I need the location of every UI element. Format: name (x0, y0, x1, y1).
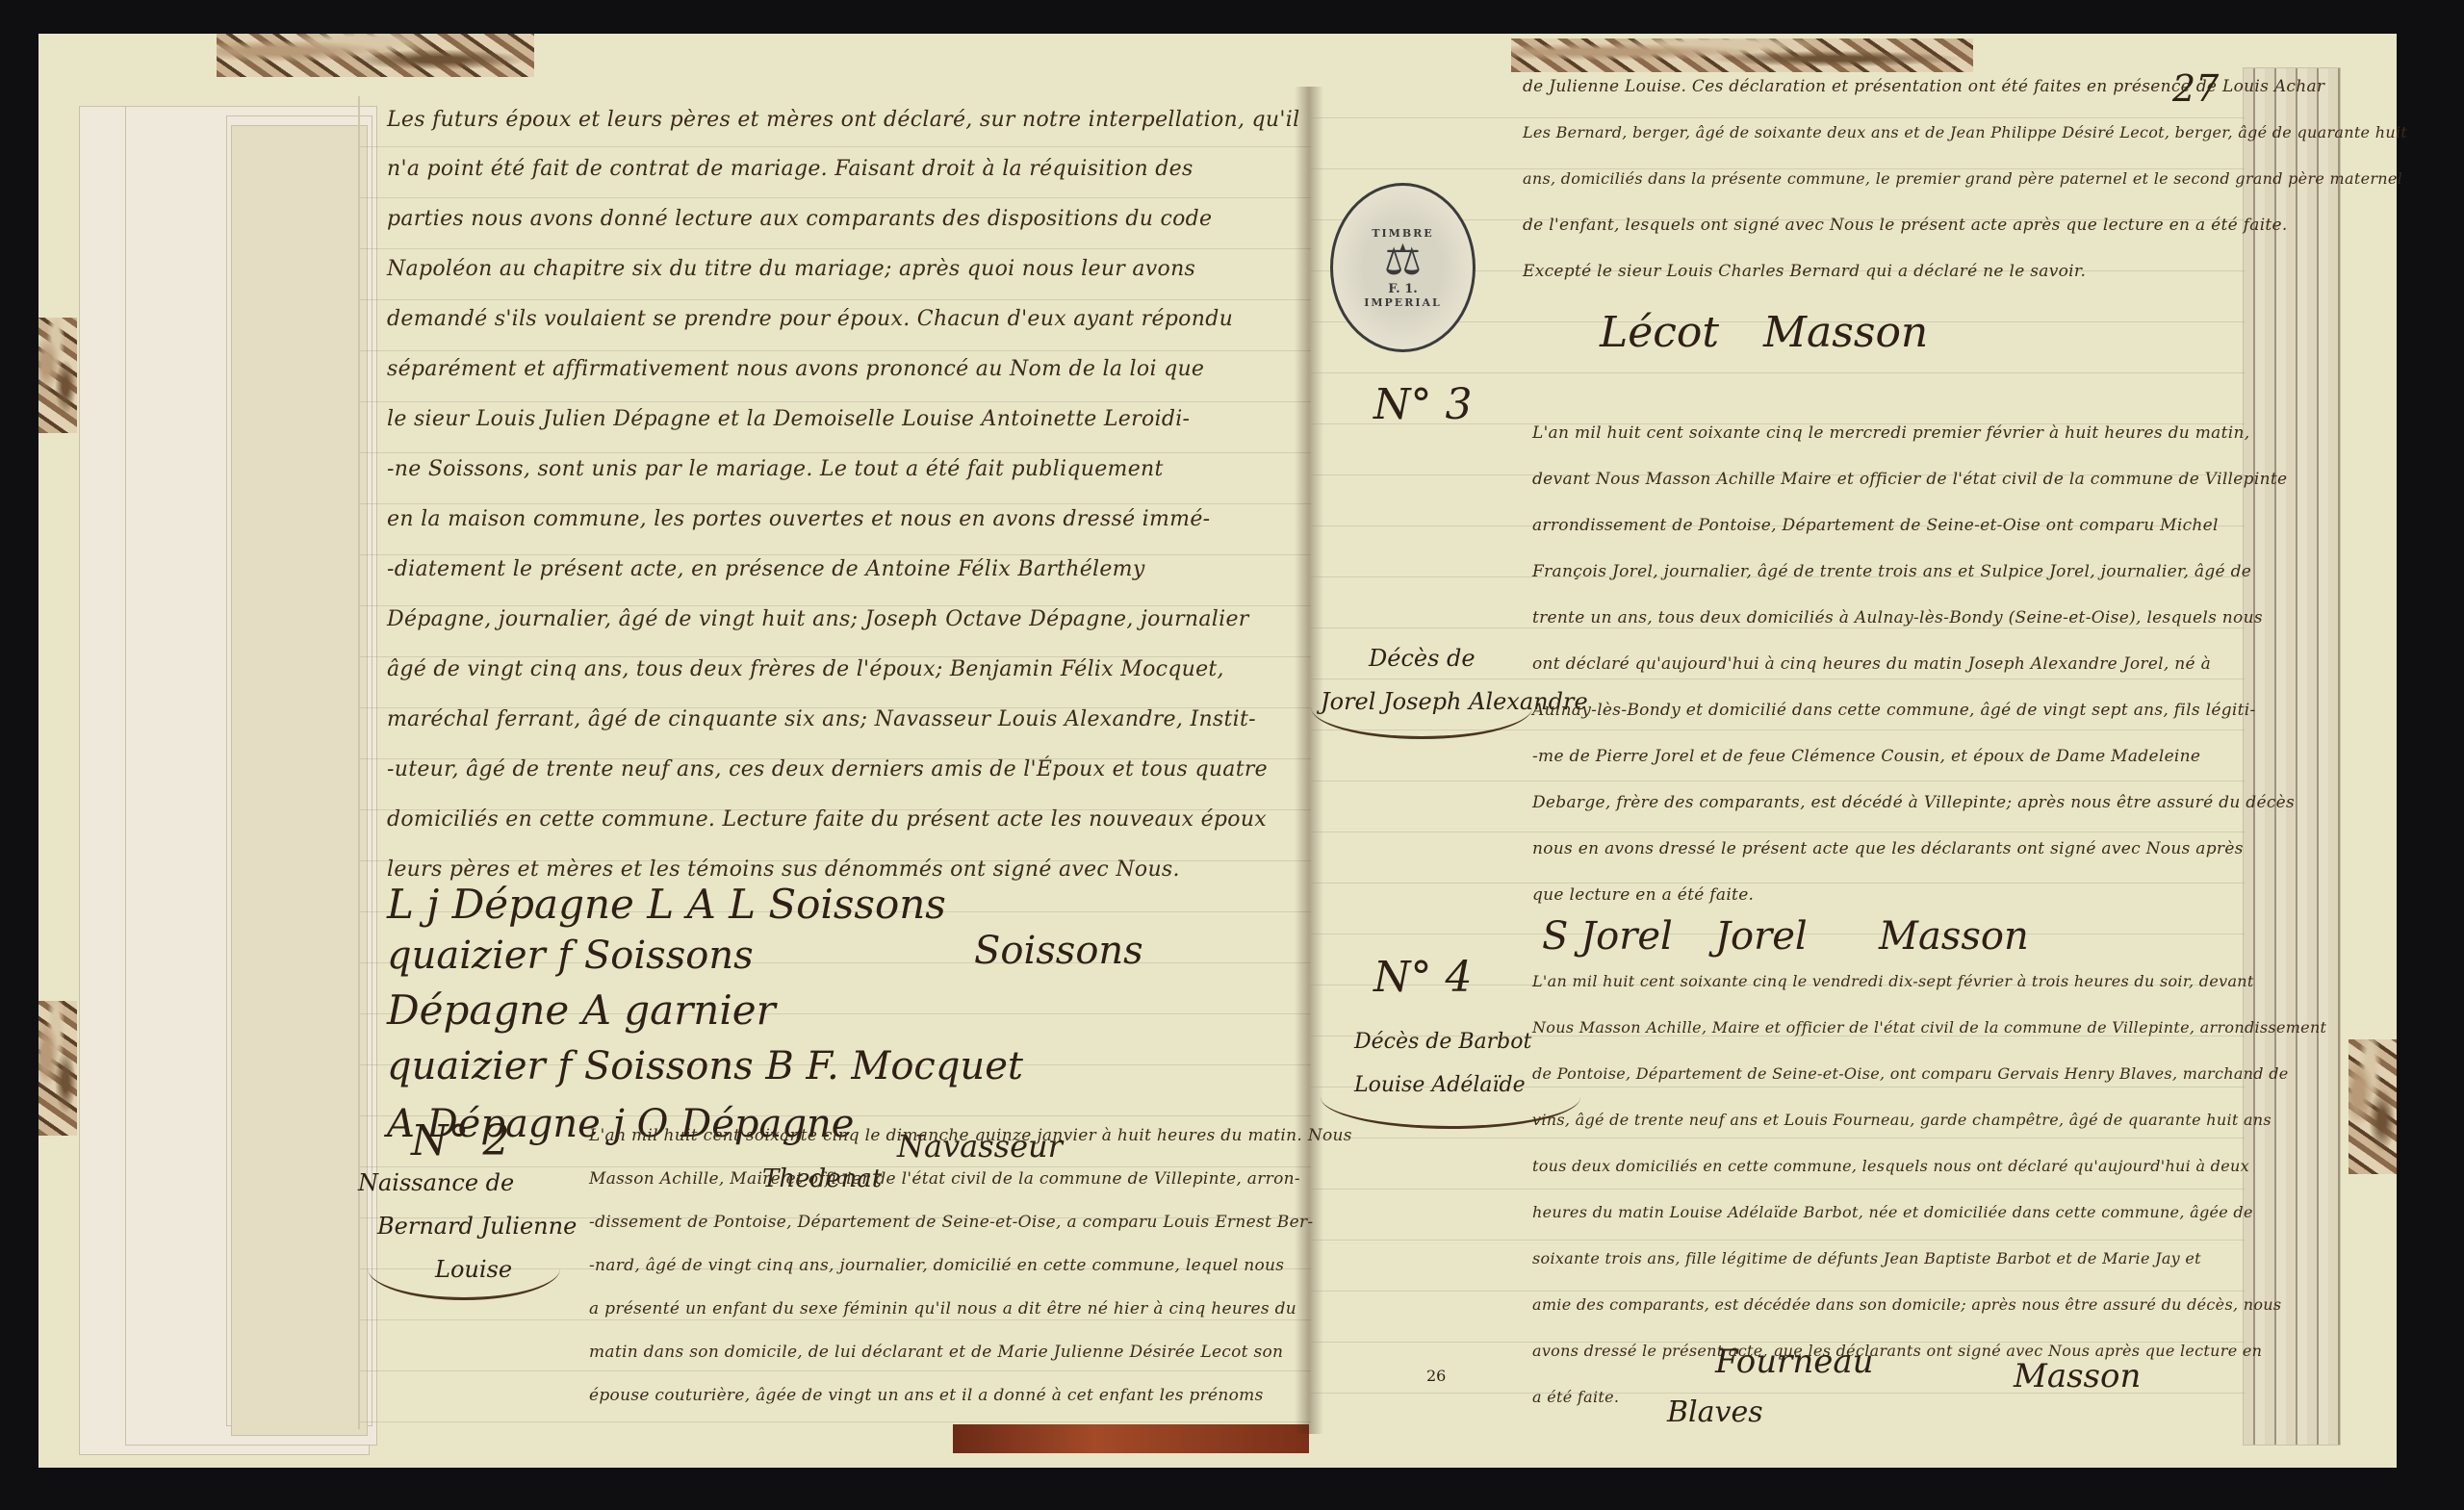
text-line: de l'enfant, lesquels ont signé avec Nou… (1523, 216, 2288, 235)
printed-page-mark: 26 (1426, 1367, 1446, 1385)
text-line: ont déclaré qu'aujourd'hui à cinq heures… (1532, 654, 2211, 674)
stamp-right-text: IMPERIAL (1364, 296, 1442, 309)
text-line: -uteur, âgé de trente neuf ans, ces deux… (387, 757, 1268, 781)
text-line: -nard, âgé de vingt cinq ans, journalier… (589, 1256, 1284, 1275)
entry-margin-title: Décès de Barbot (1354, 1030, 1531, 1054)
imperial-stamp: TIMBRE ⚖ F. 1. IMPERIAL (1330, 183, 1476, 352)
text-line: de Julienne Louise. Ces déclaration et p… (1523, 77, 2324, 96)
signature: Masson (1763, 308, 1928, 357)
text-line: -ne Soissons, sont unis par le mariage. … (387, 457, 1164, 481)
text-line: matin dans son domicile, de lui déclaran… (589, 1343, 1283, 1362)
text-line: Dépagne, journalier, âgé de vingt huit a… (387, 607, 1249, 631)
left-margin-rule (358, 96, 360, 1429)
text-line: épouse couturière, âgée de vingt un ans … (589, 1386, 1264, 1405)
marbled-corner-left-bottom (38, 1001, 77, 1136)
text-line: n'a point été fait de contrat de mariage… (387, 157, 1193, 181)
text-line: Les Bernard, berger, âgé de soixante deu… (1523, 123, 2407, 141)
page-stack-left-4 (231, 125, 368, 1436)
text-line: heures du matin Louise Adélaïde Barbot, … (1532, 1203, 2253, 1221)
text-line: L'an mil huit cent soixante cinq le merc… (1532, 423, 2249, 443)
text-line: leurs pères et mères et les témoins sus … (387, 857, 1180, 882)
text-line: amie des comparants, est décédée dans so… (1532, 1295, 2281, 1314)
signature: quaizier f Soissons (387, 934, 754, 978)
text-line: nous en avons dressé le présent acte que… (1532, 839, 2244, 858)
signature: Masson (1879, 914, 2029, 959)
text-line: tous deux domiciliés en cette commune, l… (1532, 1157, 2249, 1175)
entry-margin-title: Naissance de (358, 1169, 514, 1196)
text-line: arrondissement de Pontoise, Département … (1532, 516, 2219, 535)
text-line: demandé s'ils voulaient se prendre pour … (387, 307, 1233, 331)
text-line: Napoléon au chapitre six du titre du mar… (387, 257, 1195, 281)
text-line: -me de Pierre Jorel et de feue Clémence … (1532, 747, 2200, 766)
signature: Jorel (1715, 914, 1808, 959)
signature: Dépagne A garnier (387, 986, 776, 1034)
text-line: le sieur Louis Julien Dépagne et la Demo… (387, 407, 1190, 431)
text-line: trente un ans, tous deux domiciliés à Au… (1532, 608, 2263, 627)
text-line: ans, domiciliés dans la présente commune… (1523, 169, 2402, 188)
signature: L j Dépagne L A L Soissons (387, 881, 946, 928)
text-line: François Jorel, journalier, âgé de trent… (1532, 562, 2251, 581)
text-line: Nous Masson Achille, Maire et officier d… (1532, 1018, 2326, 1037)
text-line: séparément et affirmativement nous avons… (387, 357, 1204, 381)
signature: Lécot (1600, 308, 1719, 357)
text-line: Les futurs époux et leurs pères et mères… (387, 108, 1299, 132)
entry-number: N° 3 (1373, 380, 1472, 429)
text-line: domiciliés en cette commune. Lecture fai… (387, 807, 1267, 832)
margin-brace (368, 1268, 560, 1300)
stamp-monogram: F. 1. (1364, 282, 1442, 296)
text-line: soixante trois ans, fille légitime de dé… (1532, 1249, 2201, 1267)
text-line: L'an mil huit cent soixante cinq le vend… (1532, 972, 2254, 990)
justice-figure-icon: ⚖ (1364, 240, 1442, 282)
entry-number: N° 4 (1373, 953, 1472, 1002)
signature: Soissons (974, 929, 1143, 973)
text-line: Debarge, frère des comparants, est décéd… (1532, 793, 2295, 812)
signature: Fourneau (1715, 1343, 1874, 1381)
entry-margin-title: Louise Adélaïde (1354, 1073, 1526, 1097)
signature: quaizier f Soissons B F. Mocquet (387, 1044, 1023, 1088)
marbled-corner-left (38, 318, 77, 433)
signature: S Jorel (1542, 914, 1673, 959)
right-page: 27 de Julienne Louise. Ces déclaration e… (1311, 67, 2245, 1434)
entry-margin-title: Bernard Julienne (377, 1213, 577, 1240)
text-line: avons dressé le présent acte, que les dé… (1532, 1342, 2262, 1360)
text-line: parties nous avons donné lecture aux com… (387, 207, 1212, 231)
signature: Masson (2014, 1357, 2141, 1395)
text-line: L'an mil huit cent soixante cinq le dima… (589, 1126, 1352, 1145)
text-line: Masson Achille, Maire et officier de l'é… (589, 1169, 1300, 1189)
text-line: Aulnay-lès-Bondy et domicilié dans cette… (1532, 701, 2256, 720)
text-line: de Pontoise, Département de Seine-et-Ois… (1532, 1064, 2289, 1083)
left-page: Les futurs époux et leurs pères et mères… (358, 96, 1311, 1429)
text-line: -dissement de Pontoise, Département de S… (589, 1213, 1313, 1232)
marbled-corner-right (2348, 1039, 2397, 1174)
text-line: âgé de vingt cinq ans, tous deux frères … (387, 657, 1224, 681)
text-line: Excepté le sieur Louis Charles Bernard q… (1523, 262, 2086, 281)
text-line: a été faite. (1532, 1388, 1619, 1406)
text-line: a présenté un enfant du sexe féminin qu'… (589, 1299, 1296, 1318)
text-line: que lecture en a été faite. (1532, 885, 1754, 905)
marbled-corner-top-left (217, 34, 534, 77)
text-line: maréchal ferrant, âgé de cinquante six a… (387, 707, 1256, 731)
text-line: vins, âgé de trente neuf ans et Louis Fo… (1532, 1111, 2271, 1129)
entry-number: N° 2 (411, 1116, 509, 1165)
signature: Blaves (1667, 1395, 1763, 1429)
entry-margin-title: Décès de (1369, 645, 1476, 672)
margin-brace (1311, 707, 1532, 739)
page-stack-right (2243, 67, 2341, 1446)
text-line: -diatement le présent acte, en présence … (387, 557, 1145, 581)
text-line: devant Nous Masson Achille Maire et offi… (1532, 470, 2287, 489)
text-line: en la maison commune, les portes ouverte… (387, 507, 1210, 531)
